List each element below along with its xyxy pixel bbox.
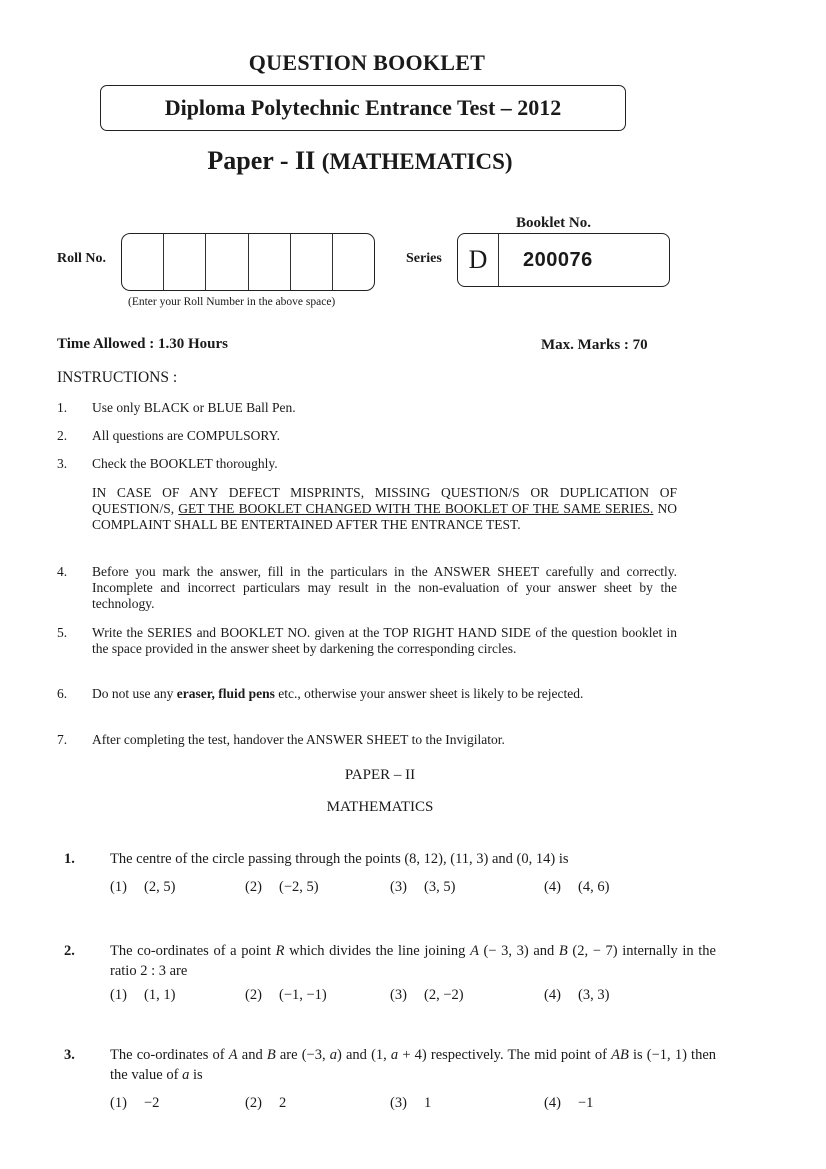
instruction-item: 7. After completing the test, handover t… xyxy=(57,732,677,748)
paper-subject: (MATHEMATICS) xyxy=(322,149,513,174)
option-value: (3, 5) xyxy=(424,879,455,895)
question-options: (1)(1, 1) (2)(−1, −1) (3)(2, −2) (4)(3, … xyxy=(110,985,716,1005)
option-2[interactable]: (2)2 xyxy=(245,1093,286,1113)
instruction-text: Write the SERIES and BOOKLET NO. given a… xyxy=(92,625,677,657)
bold-text: eraser, fluid pens xyxy=(177,686,275,701)
option-4[interactable]: (4)(3, 3) xyxy=(544,985,609,1005)
instruction-item: 4. Before you mark the answer, fill in t… xyxy=(57,564,677,612)
instruction-number: 6. xyxy=(57,686,67,702)
instruction-item: 3. Check the BOOKLET thoroughly. xyxy=(57,456,677,472)
option-4[interactable]: (4)(4, 6) xyxy=(544,877,609,897)
option-1[interactable]: (1)(1, 1) xyxy=(110,985,175,1005)
booklet-number: 200076 xyxy=(499,249,593,272)
option-3[interactable]: (3)(3, 5) xyxy=(390,877,455,897)
question-3: 3. The co-ordinates of A and B are (−3, … xyxy=(64,1045,716,1113)
roll-digit-cell[interactable] xyxy=(291,234,333,290)
option-value: −2 xyxy=(144,1095,159,1111)
option-value: (3, 3) xyxy=(578,987,609,1003)
question-text: The co-ordinates of a point R which divi… xyxy=(110,941,716,981)
roll-digit-cell[interactable] xyxy=(164,234,206,290)
series-value: D xyxy=(458,234,499,286)
option-3[interactable]: (3)1 xyxy=(390,1093,431,1113)
note-underlined-text: GET THE BOOKLET CHANGED WITH THE BOOKLET… xyxy=(178,501,653,516)
option-label: (2) xyxy=(245,1093,279,1113)
roll-digit-cell[interactable] xyxy=(122,234,164,290)
option-label: (2) xyxy=(245,985,279,1005)
paper-number: Paper - II xyxy=(207,146,315,175)
instruction-text: Do not use any eraser, fluid pens etc., … xyxy=(92,686,677,702)
series-label: Series xyxy=(406,251,442,267)
time-allowed: Time Allowed : 1.30 Hours xyxy=(57,336,228,353)
option-label: (3) xyxy=(390,1093,424,1113)
option-label: (4) xyxy=(544,877,578,897)
option-value: (−1, −1) xyxy=(279,987,327,1003)
question-options: (1)(2, 5) (2)(−2, 5) (3)(3, 5) (4)(4, 6) xyxy=(110,877,716,897)
roll-number-hint: (Enter your Roll Number in the above spa… xyxy=(128,296,335,308)
instruction-number: 2. xyxy=(57,428,67,444)
option-1[interactable]: (1)−2 xyxy=(110,1093,159,1113)
instruction-number: 5. xyxy=(57,625,67,641)
question-number: 3. xyxy=(64,1045,75,1065)
roll-no-label: Roll No. xyxy=(57,251,106,267)
option-label: (4) xyxy=(544,985,578,1005)
exam-name: Diploma Polytechnic Entrance Test – 2012 xyxy=(165,95,562,121)
instruction-item: 5. Write the SERIES and BOOKLET NO. give… xyxy=(57,625,677,657)
instruction-number: 4. xyxy=(57,564,67,580)
text: etc., otherwise your answer sheet is lik… xyxy=(275,686,584,701)
instruction-note-text: IN CASE OF ANY DEFECT MISPRINTS, MISSING… xyxy=(92,485,677,533)
roll-digit-cell[interactable] xyxy=(333,234,374,290)
roll-digit-cell[interactable] xyxy=(249,234,291,290)
instruction-text: Use only BLACK or BLUE Ball Pen. xyxy=(92,400,677,416)
option-label: (1) xyxy=(110,985,144,1005)
roll-number-boxes xyxy=(121,233,375,291)
instruction-item: 1. Use only BLACK or BLUE Ball Pen. xyxy=(57,400,677,416)
instruction-number: 1. xyxy=(57,400,67,416)
option-label: (4) xyxy=(544,1093,578,1113)
option-value: (1, 1) xyxy=(144,987,175,1003)
option-label: (2) xyxy=(245,877,279,897)
instructions-heading: INSTRUCTIONS : xyxy=(57,369,177,387)
option-label: (3) xyxy=(390,877,424,897)
option-label: (1) xyxy=(110,877,144,897)
option-value: 1 xyxy=(424,1095,431,1111)
instruction-item: 6. Do not use any eraser, fluid pens etc… xyxy=(57,686,677,702)
option-value: (2, −2) xyxy=(424,987,464,1003)
question-number: 1. xyxy=(64,849,75,869)
option-value: (−2, 5) xyxy=(279,879,319,895)
question-text: The co-ordinates of A and B are (−3, a) … xyxy=(110,1045,716,1085)
option-label: (1) xyxy=(110,1093,144,1113)
option-4[interactable]: (4)−1 xyxy=(544,1093,593,1113)
option-1[interactable]: (1)(2, 5) xyxy=(110,877,175,897)
option-2[interactable]: (2)(−1, −1) xyxy=(245,985,327,1005)
instruction-text: All questions are COMPULSORY. xyxy=(92,428,677,444)
option-3[interactable]: (3)(2, −2) xyxy=(390,985,464,1005)
booklet-no-label: Booklet No. xyxy=(516,215,591,232)
instruction-number: 3. xyxy=(57,456,67,472)
section-subject: MATHEMATICS xyxy=(0,799,760,816)
question-options: (1)−2 (2)2 (3)1 (4)−1 xyxy=(110,1093,716,1113)
option-value: (4, 6) xyxy=(578,879,609,895)
question-text: The centre of the circle passing through… xyxy=(110,849,716,869)
question-number: 2. xyxy=(64,941,75,961)
question-1: 1. The centre of the circle passing thro… xyxy=(64,849,716,897)
option-label: (3) xyxy=(390,985,424,1005)
series-booklet-box: D 200076 xyxy=(457,233,670,287)
option-2[interactable]: (2)(−2, 5) xyxy=(245,877,319,897)
instruction-text: Before you mark the answer, fill in the … xyxy=(92,564,677,612)
roll-digit-cell[interactable] xyxy=(206,234,248,290)
option-value: (2, 5) xyxy=(144,879,175,895)
max-marks: Max. Marks : 70 xyxy=(541,337,648,354)
instruction-note: IN CASE OF ANY DEFECT MISPRINTS, MISSING… xyxy=(57,485,677,533)
exam-name-box: Diploma Polytechnic Entrance Test – 2012 xyxy=(100,85,626,131)
booklet-title: QUESTION BOOKLET xyxy=(0,50,734,76)
instruction-item: 2. All questions are COMPULSORY. xyxy=(57,428,677,444)
option-value: −1 xyxy=(578,1095,593,1111)
option-value: 2 xyxy=(279,1095,286,1111)
paper-title: Paper - II (MATHEMATICS) xyxy=(0,146,720,176)
instruction-number: 7. xyxy=(57,732,67,748)
instruction-text: After completing the test, handover the … xyxy=(92,732,677,748)
question-2: 2. The co-ordinates of a point R which d… xyxy=(64,941,716,1005)
instruction-text: Check the BOOKLET thoroughly. xyxy=(92,456,677,472)
text: Do not use any xyxy=(92,686,177,701)
section-paper: PAPER – II xyxy=(0,767,760,784)
